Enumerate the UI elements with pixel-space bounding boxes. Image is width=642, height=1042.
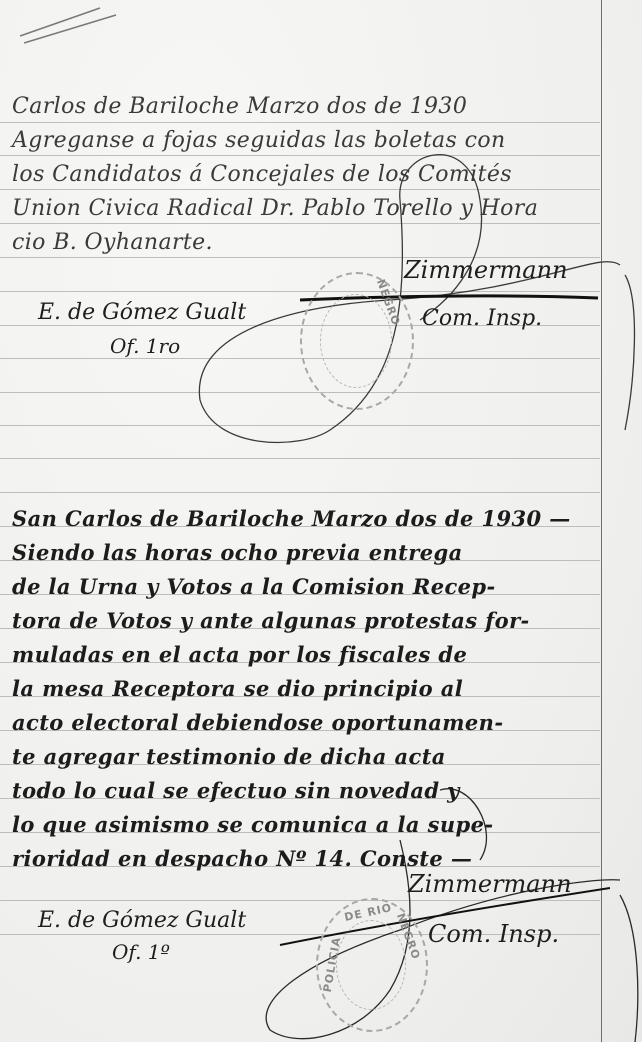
text-line: muladas en el acta por los fiscales de [12,642,602,667]
text-line: Siendo las horas ocho previa entrega [12,540,602,565]
signature-title: Com. Insp. [422,306,542,331]
official-stamp: DE RIO NEGRO POLICIA [316,898,428,1032]
signature-title: Of. 1º [112,940,170,964]
stamp-inner-ring [320,294,392,388]
text-line: la mesa Receptora se dio principio al [12,676,602,701]
text-line: acto electoral debiendose oportunamen- [12,710,602,735]
text-line: te agregar testimonio de dicha acta [12,744,602,769]
signature-zimmermann: Zimmermann [404,256,568,284]
text-line: lo que asimismo se comunica a la supe- [12,812,602,837]
signature-title: Com. Insp. [428,920,559,948]
text-line: Carlos de Bariloche Marzo dos de 1930 [12,94,602,119]
text-line: San Carlos de Bariloche Marzo dos de 193… [12,506,602,531]
stamp-inner-ring [336,920,406,1010]
official-stamp: NEGRO [300,272,414,410]
signature-zimmermann: Zimmermann [408,870,572,898]
signature-gomez: E. de Gómez Gualt [38,908,246,933]
signature-title: Of. 1ro [110,334,180,358]
text-line: rioridad en despacho Nº 14. Conste — [12,846,602,871]
text-line: de la Urna y Votos a la Comision Recep- [12,574,602,599]
text-line: los Candidatos á Concejales de los Comit… [12,162,602,187]
text-line: Union Civica Radical Dr. Pablo Torello y… [12,196,602,221]
signature-gomez: E. de Gómez Gualt [38,300,246,325]
document-page: NEGRO DE RIO NEGRO POLICIA Carlos de Bar… [0,0,642,1042]
text-line: todo lo cual se efectuo sin novedad y [12,778,602,803]
text-line: tora de Votos y ante algunas protestas f… [12,608,602,633]
text-line: cio B. Oyhanarte. [12,230,602,255]
text-line: Agreganse a fojas seguidas las boletas c… [12,128,602,153]
